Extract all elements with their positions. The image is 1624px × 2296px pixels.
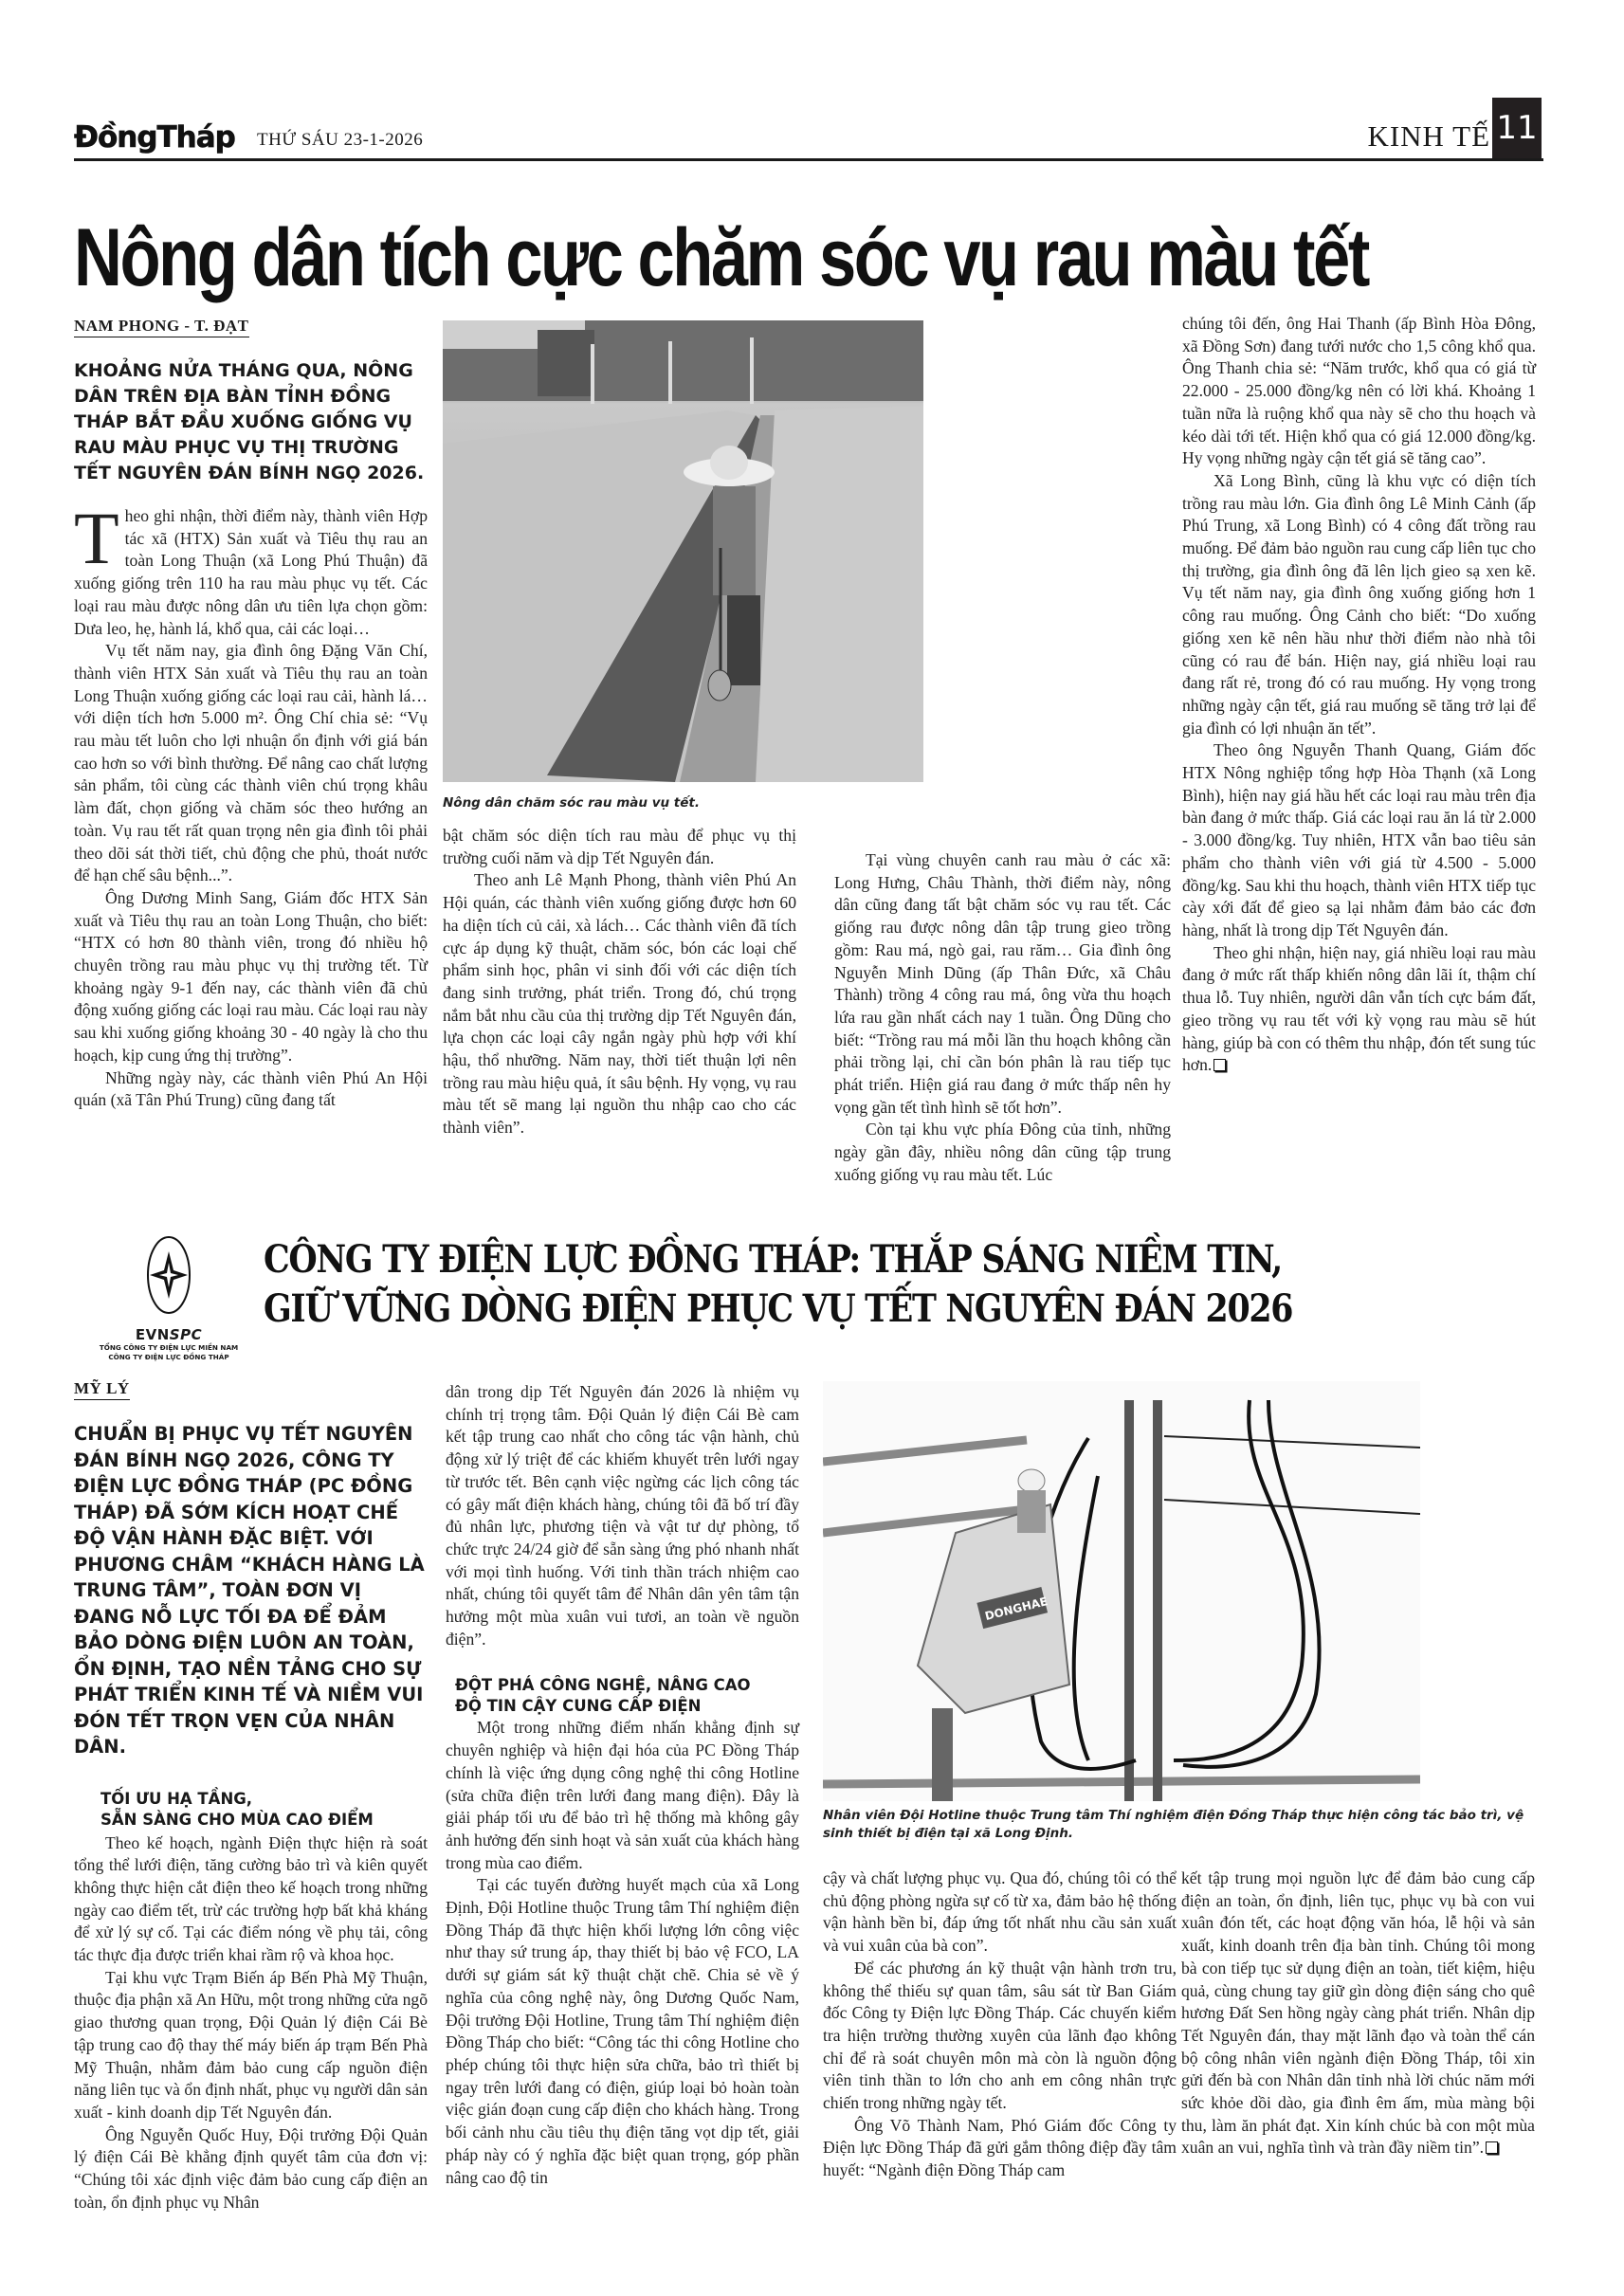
article1-paragraph: Những ngày này, các thành viên Phú An Hộ… bbox=[74, 1067, 428, 1112]
article2-title: CÔNG TY ĐIỆN LỰC ĐỒNG THÁP: THẮP SÁNG NI… bbox=[264, 1235, 1418, 1334]
article2-paragraph: Tại khu vực Trạm Biến áp Bến Phà Mỹ Thuậ… bbox=[74, 1967, 428, 2124]
article1-byline: NAM PHONG - T. ĐẠT bbox=[74, 317, 249, 337]
evn-spc-logo: EVNSPC TỔNG CÔNG TY ĐIỆN LỰC MIỀN NAM CÔ… bbox=[112, 1232, 226, 1362]
hotline-worker-photo: DONGHAE bbox=[823, 1381, 1420, 1801]
dropcap: T bbox=[74, 509, 119, 568]
article2-col2: dân trong dịp Tết Nguyên đán 2026 là nhi… bbox=[446, 1381, 799, 2189]
article2-photo-caption: Nhân viên Đội Hotline thuộc Trung tâm Th… bbox=[823, 1807, 1553, 1843]
evn-company-line2: CÔNG TY ĐIỆN LỰC ĐỒNG THÁP bbox=[95, 1353, 243, 1362]
article1-paragraph: Xã Long Bình, cũng là khu vực có diện tí… bbox=[1182, 470, 1536, 739]
article2-paragraph: Theo kế hoạch, ngành Điện thực hiện rà s… bbox=[74, 1832, 428, 1967]
newspaper-logo: ĐồngTháp bbox=[74, 120, 235, 155]
article2-sapo: CHUẨN BỊ PHỤC VỤ TẾT NGUYÊN ĐÁN BÍNH NGỌ… bbox=[74, 1421, 428, 1760]
article2-body-col2: dân trong dịp Tết Nguyên đán 2026 là nhi… bbox=[446, 1381, 799, 1650]
article1-body-col1: Theo ghi nhận, thời điểm này, thành viên… bbox=[74, 505, 428, 1112]
article1-paragraph: Còn tại khu vực phía Đông của tỉnh, nhữn… bbox=[834, 1119, 1171, 1186]
article2-body-col4: kết tập trung mọi nguồn lực để đảm bảo c… bbox=[1181, 1868, 1535, 2159]
article1-body-col3: Tại vùng chuyên canh rau màu ở các xã: L… bbox=[834, 849, 1171, 1187]
farmer-field-photo bbox=[443, 320, 923, 782]
article1-body-col2: bật chăm sóc diện tích rau màu để phục v… bbox=[443, 825, 796, 1139]
article1-paragraph: Theo anh Lê Mạnh Phong, thành viên Phú A… bbox=[443, 869, 796, 1139]
page-number: 11 bbox=[1492, 98, 1542, 158]
article2-paragraph: Ông Võ Thành Nam, Phó Giám đốc Công ty Đ… bbox=[823, 2115, 1177, 2182]
evn-star-icon bbox=[140, 1232, 197, 1318]
article2-body-col1: Theo kế hoạch, ngành Điện thực hiện rà s… bbox=[74, 1832, 428, 2214]
article2-title-line1: CÔNG TY ĐIỆN LỰC ĐỒNG THÁP: THẮP SÁNG NI… bbox=[264, 1235, 1418, 1285]
issue-date: THỨ SÁU 23-1-2026 bbox=[257, 130, 423, 151]
article2-paragraph: kết tập trung mọi nguồn lực để đảm bảo c… bbox=[1181, 1868, 1535, 2159]
article2-col1: MỸ LÝ CHUẨN BỊ PHỤC VỤ TẾT NGUYÊN ĐÁN BÍ… bbox=[74, 1379, 428, 2214]
article2-subhead1: TỐI ƯU HẠ TẦNG, SẴN SÀNG CHO MÙA CAO ĐIỂ… bbox=[74, 1789, 428, 1831]
article2-paragraph: Để các phương án kỹ thuật vận hành trơn … bbox=[823, 1958, 1177, 2115]
article2-subhead2: ĐỘT PHÁ CÔNG NGHỆ, NÂNG CAO ĐỘ TIN CẬY C… bbox=[446, 1675, 799, 1717]
farmer-field-photo-icon bbox=[443, 320, 923, 782]
evn-company-line1: TỔNG CÔNG TY ĐIỆN LỰC MIỀN NAM bbox=[95, 1343, 243, 1353]
article2-paragraph: cậy và chất lượng phục vụ. Qua đó, chúng… bbox=[823, 1868, 1177, 1958]
article1-paragraph: bật chăm sóc diện tích rau màu để phục v… bbox=[443, 825, 796, 869]
article1-paragraph: Tại vùng chuyên canh rau màu ở các xã: L… bbox=[834, 849, 1171, 1119]
article1-paragraph: Ông Dương Minh Sang, Giám đốc HTX Sản xu… bbox=[74, 887, 428, 1067]
power-line-photo-icon: DONGHAE bbox=[823, 1381, 1420, 1801]
article1-body-col4: chúng tôi đến, ông Hai Thanh (ấp Bình Hò… bbox=[1182, 313, 1536, 1077]
article1-paragraph: Theo ghi nhận, hiện nay, giá nhiều loại … bbox=[1182, 942, 1536, 1077]
article1-photo-caption: Nông dân chăm sóc rau màu vụ tết. bbox=[443, 794, 923, 812]
article2-body-col3: cậy và chất lượng phục vụ. Qua đó, chúng… bbox=[823, 1868, 1177, 2182]
end-mark-icon bbox=[1486, 2141, 1498, 2154]
evn-brand: EVNSPC bbox=[112, 1326, 226, 1343]
article1-paragraph: Theo ông Nguyễn Thanh Quang, Giám đốc HT… bbox=[1182, 739, 1536, 941]
end-mark-icon bbox=[1213, 1059, 1226, 1071]
article2-paragraph: Ông Nguyễn Quốc Huy, Đội trưởng Đội Quản… bbox=[74, 2124, 428, 2214]
article1-paragraph: chúng tôi đến, ông Hai Thanh (ấp Bình Hò… bbox=[1182, 313, 1536, 470]
article1-paragraph: Theo ghi nhận, thời điểm này, thành viên… bbox=[74, 505, 428, 640]
article1-title: Nông dân tích cực chăm sóc vụ rau màu tế… bbox=[74, 210, 1286, 305]
section-label: KINH TẾ bbox=[1367, 118, 1504, 156]
article2-paragraph: dân trong dịp Tết Nguyên đán 2026 là nhi… bbox=[446, 1381, 799, 1650]
article1-sapo: KHOẢNG NỬA THÁNG QUA, NÔNG DÂN TRÊN ĐỊA … bbox=[74, 358, 428, 486]
article1-col1: NAM PHONG - T. ĐẠT KHOẢNG NỬA THÁNG QUA,… bbox=[74, 317, 428, 1112]
article2-paragraph: Tại các tuyến đường huyết mạch của xã Lo… bbox=[446, 1874, 799, 2189]
article2-body-col2b: Một trong những điểm nhấn khẳng định sự … bbox=[446, 1717, 799, 2189]
article1-paragraph: Vụ tết năm nay, gia đình ông Đặng Văn Ch… bbox=[74, 640, 428, 887]
article2-title-line2: GIỮ VỮNG DÒNG ĐIỆN PHỤC VỤ TẾT NGUYÊN ĐÁ… bbox=[264, 1285, 1418, 1334]
article2-byline: MỸ LÝ bbox=[74, 1379, 130, 1400]
masthead: ĐồngTháp THỨ SÁU 23-1-2026 KINH TẾ bbox=[74, 118, 1543, 161]
article2-paragraph: Một trong những điểm nhấn khẳng định sự … bbox=[446, 1717, 799, 1874]
